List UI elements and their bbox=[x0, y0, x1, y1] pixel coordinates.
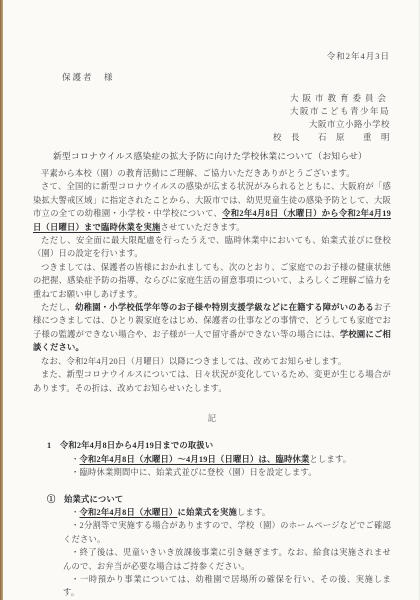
list-item: ・2分割等で実施する場合がありますので、学校（園）のホームページなどでご確認くだ… bbox=[47, 519, 391, 546]
document-body: 平素から本校（園）の教育活動にご理解、ご協力いただきありがとうございます。 さて… bbox=[33, 167, 391, 600]
text-segment: 2分割等で実施する場合がありますので、学校（園）のホームページなどでご確認くださ… bbox=[63, 521, 391, 543]
bullet: ・ bbox=[71, 455, 80, 464]
bullet: ・ bbox=[71, 508, 80, 517]
item-text: 令和2年4月8日（水曜日）〜4月19日（日曜日）は、臨時休業とします。 bbox=[80, 455, 352, 464]
paragraph: 平素から本校（園）の教育活動にご理解、ご協力いただきありがとうございます。 bbox=[33, 167, 391, 180]
item-text: 終了後は、児童いきいき放課後事業に引き継ぎます。なお、給食は実施されませんので、… bbox=[63, 548, 391, 570]
paragraph: ただし、安全面に最大限配慮を行ったうえで、臨時休業中においても、始業式並びに登校… bbox=[33, 234, 391, 261]
section-heading: ① 始業式について bbox=[47, 493, 391, 506]
recipient-line: 保護者 様 bbox=[62, 71, 115, 83]
text-segment: 平素から本校（園）の教育活動にご理解、ご協力いただきありがとうございます。 bbox=[41, 169, 355, 178]
item-text: 2分割等で実施する場合がありますので、学校（園）のホームページなどでご確認くださ… bbox=[63, 521, 391, 543]
paragraph: ただし、幼稚園・小学校低学年等のお子様や特別支援学級などに在籍する障がいのあるお… bbox=[33, 301, 391, 355]
paragraph: また、新型コロナウイルスについては、日々状況が変化しているため、変更が生じる場合… bbox=[33, 368, 391, 395]
ki-marker: 記 bbox=[33, 412, 391, 425]
document-date: 令和2年4月3日 bbox=[327, 50, 390, 62]
list-item: ・令和2年4月8日（水曜日）に始業式を実施します。 bbox=[47, 506, 391, 519]
item-text: 令和2年4月8日（水曜日）に始業式を実施します。 bbox=[80, 508, 271, 517]
bullet: ・ bbox=[71, 575, 80, 584]
sender-block: 大阪市教育委員会 大阪市こども青少年局 大阪市立小路小学校 校 長 石 原 重 … bbox=[273, 92, 390, 144]
scanned-letter-page: { "doc": { "date": "令和2年4月3日", "recipien… bbox=[0, 0, 420, 600]
sender-school-name: 大阪市立小路小学校 bbox=[273, 118, 390, 131]
bullet: ・ bbox=[71, 521, 80, 530]
text-segment: ただし、 bbox=[41, 303, 75, 312]
text-segment: します。 bbox=[237, 508, 270, 517]
list-item: ・臨時休業期間中に、始業式並びに登校（園）日を設定します。 bbox=[47, 466, 391, 479]
text-segment: なお、令和2年4月20日（月曜日）以降につきましては、改めてお知らせします。 bbox=[41, 357, 346, 366]
notice-section-1: 1 令和2年4月8日から4月19日までの取扱い ・令和2年4月8日（水曜日）〜4… bbox=[33, 439, 391, 479]
text-segment: に始業式を実施 bbox=[178, 508, 237, 517]
text-segment: ただし、安全面に最大限配慮を行ったうえで、臨時休業中においても、始業式並びに登校… bbox=[33, 236, 391, 258]
list-item: ・終了後は、児童いきいき放課後事業に引き継ぎます。なお、給食は実施されませんので… bbox=[47, 546, 391, 573]
text-segment: 終了後は、児童いきいき放課後事業に引き継ぎます。なお、給食は実施されませんので、… bbox=[63, 548, 391, 570]
text-segment: 臨時休業期間中に、始業式並びに登校（園）日を設定します。 bbox=[80, 468, 317, 477]
text-segment: とします。 bbox=[310, 455, 352, 464]
notice-section-2: ① 始業式について ・令和2年4月8日（水曜日）に始業式を実施します。 ・2分割… bbox=[33, 493, 391, 600]
paragraph: なお、令和2年4月20日（月曜日）以降につきましては、改めてお知らせします。 bbox=[33, 355, 391, 368]
paragraph: つきましては、保護者の皆様におかれましても、次のとおり、ご家庭でのお子様の健康状… bbox=[33, 261, 391, 301]
text-segment: 令和2年4月8日（水曜日）〜4月19日（日曜日）は、臨時休業 bbox=[80, 455, 310, 464]
text-segment: 幼稚園・小学校低学年等のお子様や特別支援学級などに在籍する障がいのある bbox=[75, 303, 374, 312]
document-title: 新型コロナウイルス感染症の拡大予防に向けた学校休業について（お知らせ） bbox=[0, 149, 420, 162]
list-item: ・令和2年4月8日（水曜日）〜4月19日（日曜日）は、臨時休業とします。 bbox=[47, 453, 391, 466]
item-text: 一時預かり事業については、幼稚園で居場所の確保を行い、その後、実施します。 bbox=[63, 575, 391, 597]
section-heading: 1 令和2年4月8日から4月19日までの取扱い bbox=[47, 439, 391, 452]
sender-principal-name: 校 長 石 原 重 明 bbox=[273, 131, 390, 144]
sender-org-youth-bureau: 大阪市こども青少年局 bbox=[273, 105, 390, 118]
sender-org-board-of-education: 大阪市教育委員会 bbox=[273, 92, 390, 105]
list-item: ・一時預かり事業については、幼稚園で居場所の確保を行い、その後、実施します。 bbox=[47, 573, 391, 600]
bullet: ・ bbox=[71, 548, 80, 557]
text-segment: 一時預かり事業については、幼稚園で居場所の確保を行い、その後、実施します。 bbox=[63, 575, 391, 597]
bullet: ・ bbox=[71, 468, 80, 477]
paragraph: さて、全国的に新型コロナウイルスの感染が広まる状況がみられるとともに、大阪府が「… bbox=[33, 180, 391, 234]
text-segment: つきましては、保護者の皆様におかれましても、次のとおり、ご家庭でのお子様の健康状… bbox=[33, 263, 391, 299]
scan-left-edge bbox=[0, 0, 3, 600]
text-segment: 令和2年4月8日（水曜日） bbox=[80, 508, 178, 517]
item-text: 臨時休業期間中に、始業式並びに登校（園）日を設定します。 bbox=[80, 468, 317, 477]
text-segment: また、新型コロナウイルスについては、日々状況が変化しているため、変更が生じる場合… bbox=[33, 370, 391, 392]
text-segment: させていただきます。 bbox=[160, 223, 244, 232]
